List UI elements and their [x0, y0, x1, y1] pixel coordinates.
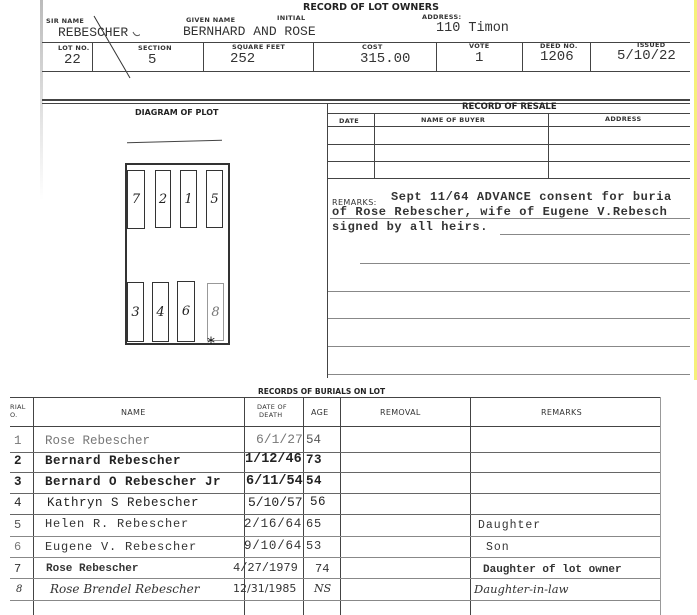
burial-removal-header: REMOVAL: [380, 408, 421, 417]
deed-no-value: 1206: [540, 49, 574, 65]
burial-row-line: [10, 557, 660, 558]
resale-row-line: [328, 161, 690, 162]
burial-row-line: [10, 578, 660, 579]
burials-col-divider: [340, 397, 341, 615]
burial-no-header-2: O.: [10, 411, 18, 419]
remarks-rule: [500, 234, 690, 235]
vote-label: VOTE: [469, 42, 490, 50]
burial-age: 73: [306, 453, 322, 467]
lot-row-bottom-line: [42, 71, 690, 72]
vote-value: 1: [475, 50, 483, 66]
burial-row-line: [10, 472, 660, 473]
burial-no: 3: [14, 475, 22, 489]
burials-title: RECORDS OF BURIALS ON LOT: [258, 387, 385, 396]
pen-stroke-mark: [90, 14, 140, 84]
burial-date: 1/12/46: [245, 452, 302, 467]
surname-label: SIR NAME: [46, 17, 84, 25]
burials-col-divider: [470, 397, 471, 615]
burial-no: 2: [14, 454, 22, 468]
burial-date-header-1: DATE OF: [257, 403, 287, 411]
burial-date: 12/31/1985: [233, 582, 296, 595]
lot-divider: [590, 42, 591, 71]
remarks-line-3: signed by all heirs.: [332, 220, 488, 234]
initial-label: INITIAL: [277, 14, 305, 22]
lot-divider: [522, 42, 523, 71]
square-feet-label: SQUARE FEET: [232, 43, 285, 51]
resale-col-divider: [374, 113, 375, 178]
burial-no-header-1: RIAL: [10, 403, 26, 411]
burial-date: 6/1/27: [256, 432, 303, 447]
burial-row-line: [10, 514, 660, 515]
lot-divider: [203, 42, 204, 71]
remarks-line-2: of Rose Rebescher, wife of Eugene V.Rebe…: [332, 205, 667, 219]
burial-remarks: Daughter of lot owner: [483, 564, 622, 576]
cost-label: COST: [362, 43, 383, 51]
burial-date: 5/10/57: [248, 495, 303, 510]
section-divider-line: [42, 99, 690, 101]
resale-row-line: [328, 178, 690, 179]
burial-remarks: Daughter-in-law: [474, 582, 568, 596]
burial-remarks-header: REMARKS: [541, 408, 582, 417]
burials-right-edge: [660, 397, 661, 615]
burial-age: NS: [314, 582, 331, 595]
grave-slot[interactable]: 6: [177, 281, 195, 342]
lot-no-value: 22: [64, 52, 81, 68]
burial-name: Rose Rebescher: [45, 434, 150, 448]
resale-address-header: ADDRESS: [605, 115, 641, 123]
resale-date-header: DATE: [339, 117, 359, 125]
burial-row-line: [10, 452, 660, 453]
grave-slot[interactable]: 1: [180, 170, 197, 228]
burial-age: 54: [306, 474, 322, 488]
given-name-value: BERNHARD AND ROSE: [183, 24, 316, 39]
resale-row-line: [328, 144, 690, 145]
grave-slot[interactable]: 7: [127, 170, 145, 229]
lot-divider: [436, 42, 437, 71]
remarks-rule: [328, 374, 690, 375]
burial-age: 54: [306, 433, 321, 447]
burial-name: Rose Brendel Rebescher: [50, 582, 200, 596]
burial-no: 8: [16, 584, 22, 595]
remarks-rule: [330, 218, 690, 219]
resale-col-divider: [548, 113, 549, 178]
remarks-rule: [328, 318, 690, 319]
grave-slot[interactable]: 5: [206, 170, 223, 228]
burial-name: Bernard Rebescher: [45, 454, 181, 468]
grave-slot[interactable]: 3: [127, 282, 144, 342]
resale-buyer-header: NAME OF BUYER: [421, 116, 485, 124]
burial-name: Bernard O Rebescher Jr: [45, 475, 221, 489]
grave-slot[interactable]: 2: [155, 170, 171, 228]
burial-row-line: [10, 536, 660, 537]
burial-date: 2/16/64: [244, 517, 302, 531]
burial-name: Kathryn S Rebescher: [47, 496, 199, 510]
grave-slot[interactable]: 4: [152, 282, 169, 342]
burial-age: 65: [306, 517, 322, 531]
burials-col-divider: [33, 397, 34, 615]
address-value: 110 Timon: [436, 21, 509, 36]
burial-age: 53: [306, 539, 322, 553]
remarks-rule: [360, 263, 690, 264]
asterisk-marker-icon: *: [207, 333, 215, 352]
resale-header-top: [328, 113, 690, 114]
address-label: ADDRESS:: [422, 13, 461, 21]
burial-date-header-2: DEATH: [259, 411, 282, 419]
burials-col-divider: [303, 397, 304, 615]
remarks-rule: [328, 291, 690, 292]
lot-no-label: LOT NO.: [58, 44, 90, 52]
burial-remarks: Son: [486, 541, 510, 554]
burial-date: 6/11/54: [246, 474, 303, 489]
given-name-label: GIVEN NAME: [186, 16, 235, 24]
lot-divider: [92, 42, 93, 71]
diagram-pen-line: [127, 140, 222, 143]
section-value: 5: [148, 52, 156, 68]
remarks-line-1: Sept 11/64 ADVANCE consent for buria: [391, 190, 672, 204]
square-feet-value: 252: [230, 51, 255, 67]
burial-no: 7: [14, 562, 21, 576]
diagram-title: DIAGRAM OF PLOT: [135, 108, 218, 117]
burial-no: 4: [14, 496, 22, 510]
burial-date: 4/27/1979: [233, 561, 298, 575]
burials-header-top: [10, 397, 660, 398]
burial-age: 74: [315, 562, 329, 576]
form-title: RECORD OF LOT OWNERS: [303, 2, 439, 13]
burial-row-line: [10, 493, 660, 494]
burial-remarks: Daughter: [478, 519, 541, 532]
burial-name: Eugene V. Rebescher: [45, 540, 197, 554]
burial-no: 1: [14, 434, 22, 448]
burial-name-header: NAME: [121, 408, 146, 417]
burial-age: 56: [310, 495, 326, 509]
burial-no: 6: [14, 540, 21, 554]
resale-title: RECORD OF RESALE: [462, 102, 557, 112]
burial-name: Helen R. Rebescher: [45, 517, 189, 531]
resale-header-bottom: [328, 126, 690, 127]
burials-header-bottom: [10, 426, 660, 427]
section-divider-line: [42, 103, 690, 104]
lot-divider: [313, 42, 314, 71]
burial-no: 5: [14, 518, 21, 532]
burial-row-line: [10, 600, 660, 601]
section-label: SECTION: [138, 44, 172, 52]
burial-age-header: AGE: [311, 408, 329, 417]
cost-value: 315.00: [360, 51, 410, 67]
issued-value: 5/10/22: [617, 48, 676, 64]
burial-name: Rose Rebescher: [46, 563, 138, 575]
burial-date: 9/10/64: [244, 539, 302, 553]
remarks-rule: [328, 346, 690, 347]
